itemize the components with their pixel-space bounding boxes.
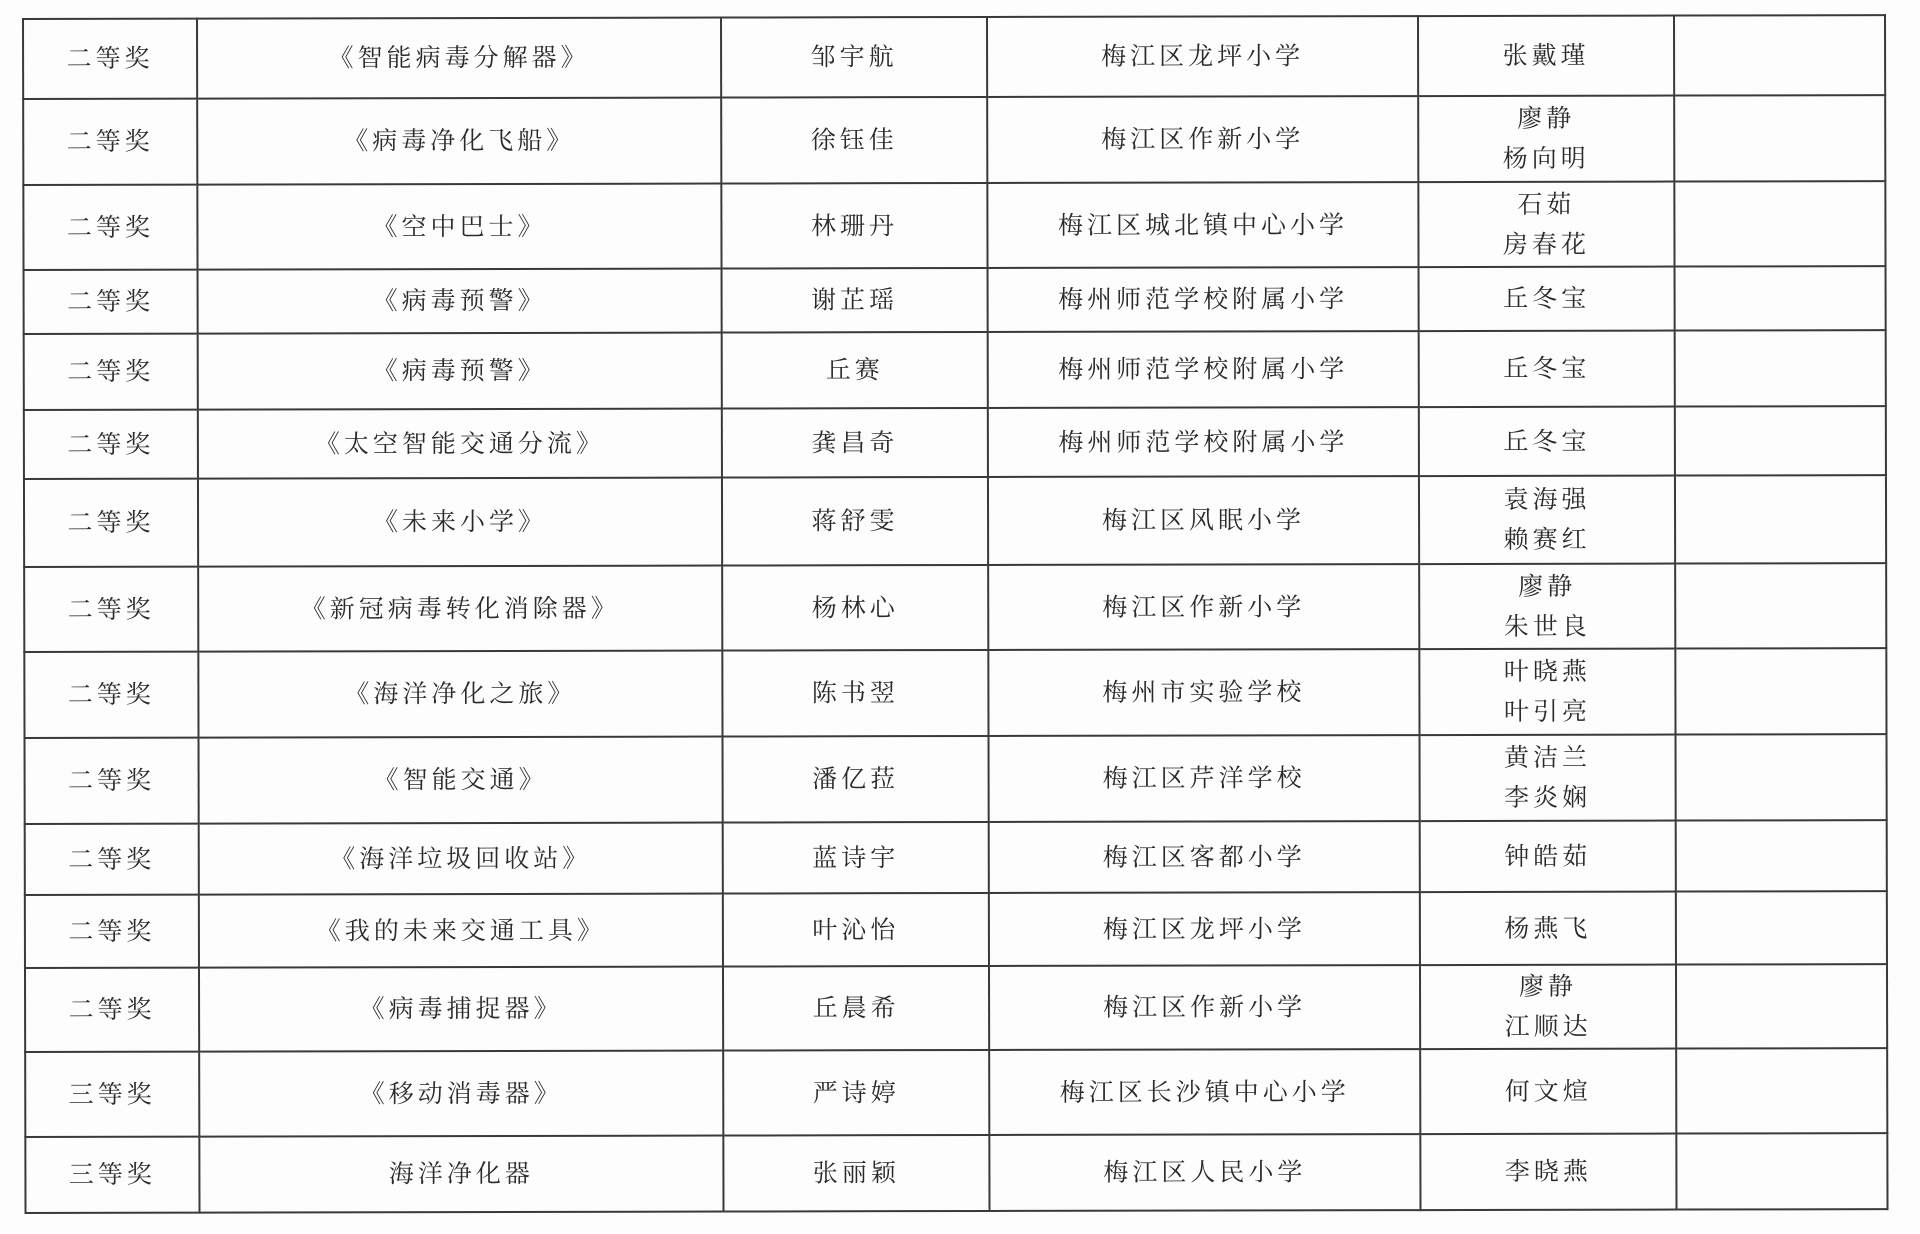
- school-name-cell: 梅江区龙坪小学: [989, 892, 1420, 966]
- table-row: 三等奖 海洋净化器 张丽颖 梅江区人民小学 李晓燕: [25, 1133, 1887, 1213]
- student-name-cell: 徐钰佳: [721, 97, 987, 184]
- table-body: 二等奖 《智能病毒分解器》 邹宇航 梅江区龙坪小学 张戴瑾 二等奖 《病毒净化飞…: [23, 15, 1887, 1213]
- remark-cell: [1675, 475, 1886, 563]
- teacher-name: 袁海强: [1420, 480, 1674, 521]
- work-title-cell: 《空中巴士》: [197, 184, 721, 270]
- student-name-cell: 张丽颖: [723, 1135, 989, 1212]
- document-page: 二等奖 《智能病毒分解器》 邹宇航 梅江区龙坪小学 张戴瑾 二等奖 《病毒净化飞…: [0, 0, 1920, 1234]
- school-name-cell: 梅江区人民小学: [989, 1134, 1420, 1211]
- award-level-cell: 二等奖: [25, 738, 199, 824]
- teacher-names-cell: 廖静朱世良: [1419, 564, 1675, 650]
- student-name-cell: 潘亿菈: [723, 736, 989, 823]
- award-level-cell: 二等奖: [24, 334, 198, 410]
- work-title-cell: 《病毒预警》: [198, 269, 722, 334]
- teacher-name: 江顺达: [1421, 1007, 1675, 1048]
- work-title-cell: 《病毒捕捉器》: [199, 967, 723, 1052]
- table-row: 二等奖 《新冠病毒转化消除器》 杨林心 梅江区作新小学 廖静朱世良: [24, 563, 1886, 652]
- award-level-cell: 二等奖: [23, 185, 197, 270]
- teacher-names-cell: 廖静江顺达: [1420, 965, 1676, 1050]
- student-name-cell: 陈书翌: [722, 650, 988, 737]
- school-name-cell: 梅江区风眠小学: [988, 476, 1419, 565]
- remark-cell: [1675, 563, 1886, 648]
- remark-cell: [1675, 406, 1886, 475]
- table-row: 二等奖 《海洋净化之旅》 陈书翌 梅州市实验学校 叶晓燕叶引亮: [24, 648, 1886, 738]
- school-name-cell: 梅州市实验学校: [988, 649, 1419, 736]
- remark-cell: [1674, 15, 1885, 95]
- work-title-cell: 《新冠病毒转化消除器》: [198, 566, 722, 652]
- table-row: 二等奖 《病毒净化飞船》 徐钰佳 梅江区作新小学 廖静杨向明: [23, 95, 1885, 185]
- teacher-names-cell: 丘冬宝: [1419, 267, 1675, 332]
- student-name-cell: 叶沁怡: [723, 893, 989, 967]
- table-row: 二等奖 《太空智能交通分流》 龚昌奇 梅州师范学校附属小学 丘冬宝: [24, 406, 1886, 479]
- remark-cell: [1675, 648, 1886, 734]
- school-name-cell: 梅江区城北镇中心小学: [987, 182, 1418, 268]
- work-title-cell: 海洋净化器: [199, 1136, 723, 1213]
- student-name-cell: 蒋舒雯: [722, 477, 988, 566]
- student-name-cell: 严诗婷: [723, 1050, 989, 1136]
- teacher-names-cell: 杨燕飞: [1420, 892, 1676, 966]
- remark-cell: [1674, 181, 1885, 266]
- work-title-cell: 《太空智能交通分流》: [198, 409, 722, 479]
- teacher-name: 廖静: [1420, 566, 1674, 607]
- school-name-cell: 梅江区作新小学: [987, 96, 1418, 183]
- school-name-cell: 梅江区龙坪小学: [987, 16, 1418, 97]
- student-name-cell: 邹宇航: [721, 17, 987, 98]
- teacher-names-cell: 丘冬宝: [1419, 331, 1675, 408]
- teacher-name: 张戴瑾: [1419, 36, 1673, 77]
- remark-cell: [1675, 266, 1886, 330]
- teacher-names-cell: 丘冬宝: [1419, 407, 1675, 477]
- student-name-cell: 丘赛: [722, 332, 988, 409]
- remark-cell: [1675, 330, 1886, 406]
- work-title-cell: 《未来小学》: [198, 478, 722, 567]
- teacher-name: 丘冬宝: [1420, 279, 1674, 320]
- table-row: 二等奖 《病毒预警》 谢芷瑶 梅州师范学校附属小学 丘冬宝: [24, 266, 1886, 334]
- teacher-name: 黄洁兰: [1421, 738, 1675, 779]
- teacher-names-cell: 叶晓燕叶引亮: [1419, 649, 1675, 736]
- teacher-name: 房春花: [1419, 224, 1673, 265]
- work-title-cell: 《我的未来交通工具》: [199, 894, 723, 968]
- table-row: 二等奖 《智能交通》 潘亿菈 梅江区芹洋学校 黄洁兰李炎娴: [25, 734, 1887, 824]
- award-level-cell: 二等奖: [23, 19, 197, 99]
- award-level-cell: 二等奖: [24, 652, 198, 738]
- student-name-cell: 林珊丹: [721, 183, 987, 269]
- teacher-name: 朱世良: [1420, 606, 1674, 647]
- teacher-name: 何文煊: [1421, 1071, 1675, 1112]
- school-name-cell: 梅江区长沙镇中心小学: [989, 1049, 1420, 1135]
- teacher-names-cell: 李晓燕: [1420, 1134, 1676, 1211]
- school-name-cell: 梅州师范学校附属小学: [988, 331, 1419, 408]
- teacher-name: 杨燕飞: [1421, 908, 1675, 949]
- teacher-names-cell: 黄洁兰李炎娴: [1420, 735, 1676, 822]
- school-name-cell: 梅江区作新小学: [988, 564, 1419, 650]
- work-title-cell: 《智能病毒分解器》: [197, 18, 721, 99]
- table-row: 二等奖 《海洋垃圾回收站》 蓝诗宇 梅江区客都小学 钟皓茹: [25, 820, 1887, 895]
- remark-cell: [1676, 1048, 1887, 1133]
- teacher-name: 杨向明: [1419, 139, 1673, 180]
- award-level-cell: 二等奖: [24, 479, 198, 567]
- school-name-cell: 梅州师范学校附属小学: [988, 407, 1419, 477]
- remark-cell: [1674, 95, 1885, 181]
- teacher-names-cell: 钟皓茹: [1420, 821, 1676, 893]
- award-level-cell: 二等奖: [24, 270, 198, 334]
- award-level-cell: 二等奖: [24, 567, 198, 652]
- teacher-names-cell: 袁海强赖赛红: [1419, 476, 1675, 565]
- table-row: 二等奖 《我的未来交通工具》 叶沁怡 梅江区龙坪小学 杨燕飞: [25, 891, 1887, 968]
- work-title-cell: 《病毒预警》: [198, 333, 722, 410]
- work-title-cell: 《智能交通》: [199, 737, 723, 824]
- teacher-name: 丘冬宝: [1420, 421, 1674, 462]
- teacher-name: 廖静: [1421, 967, 1675, 1008]
- student-name-cell: 丘晨希: [723, 966, 989, 1051]
- teacher-name: 李晓燕: [1421, 1152, 1675, 1193]
- school-name-cell: 梅江区作新小学: [989, 965, 1420, 1050]
- student-name-cell: 龚昌奇: [722, 408, 988, 478]
- remark-cell: [1676, 964, 1887, 1048]
- award-level-cell: 二等奖: [24, 410, 198, 479]
- award-level-cell: 二等奖: [25, 824, 199, 895]
- award-list-table: 二等奖 《智能病毒分解器》 邹宇航 梅江区龙坪小学 张戴瑾 二等奖 《病毒净化飞…: [22, 14, 1889, 1214]
- school-name-cell: 梅江区芹洋学校: [989, 735, 1420, 822]
- teacher-names-cell: 石茹房春花: [1418, 182, 1674, 268]
- table-row: 二等奖 《病毒捕捉器》 丘晨希 梅江区作新小学 廖静江顺达: [25, 964, 1887, 1052]
- remark-cell: [1676, 734, 1887, 820]
- table-row: 二等奖 《未来小学》 蒋舒雯 梅江区风眠小学 袁海强赖赛红: [24, 475, 1886, 567]
- award-level-cell: 三等奖: [25, 1052, 199, 1137]
- remark-cell: [1676, 820, 1887, 891]
- table-row: 三等奖 《移动消毒器》 严诗婷 梅江区长沙镇中心小学 何文煊: [25, 1048, 1887, 1137]
- work-title-cell: 《病毒净化飞船》: [197, 98, 721, 185]
- teacher-names-cell: 何文煊: [1420, 1049, 1676, 1135]
- student-name-cell: 谢芷瑶: [722, 268, 988, 333]
- work-title-cell: 《海洋垃圾回收站》: [199, 823, 723, 895]
- student-name-cell: 蓝诗宇: [723, 822, 989, 894]
- award-level-cell: 二等奖: [25, 968, 199, 1052]
- table-row: 二等奖 《智能病毒分解器》 邹宇航 梅江区龙坪小学 张戴瑾: [23, 15, 1885, 99]
- teacher-name: 叶引亮: [1420, 692, 1674, 733]
- teacher-name: 廖静: [1419, 99, 1673, 140]
- school-name-cell: 梅州师范学校附属小学: [988, 267, 1419, 332]
- award-level-cell: 二等奖: [25, 895, 199, 968]
- student-name-cell: 杨林心: [722, 565, 988, 651]
- table-row: 二等奖 《空中巴士》 林珊丹 梅江区城北镇中心小学 石茹房春花: [23, 181, 1885, 270]
- teacher-name: 钟皓茹: [1421, 836, 1675, 877]
- remark-cell: [1676, 1133, 1887, 1209]
- teacher-name: 石茹: [1419, 184, 1673, 225]
- teacher-names-cell: 张戴瑾: [1418, 16, 1674, 97]
- teacher-name: 丘冬宝: [1420, 349, 1674, 390]
- work-title-cell: 《移动消毒器》: [199, 1051, 723, 1137]
- remark-cell: [1676, 891, 1887, 964]
- teacher-name: 赖赛红: [1420, 520, 1674, 561]
- teacher-names-cell: 廖静杨向明: [1418, 96, 1674, 183]
- table-row: 二等奖 《病毒预警》 丘赛 梅州师范学校附属小学 丘冬宝: [24, 330, 1886, 410]
- teacher-name: 李炎娴: [1421, 778, 1675, 819]
- school-name-cell: 梅江区客都小学: [989, 821, 1420, 893]
- work-title-cell: 《海洋净化之旅》: [198, 651, 722, 738]
- award-level-cell: 二等奖: [23, 99, 197, 185]
- teacher-name: 叶晓燕: [1420, 652, 1674, 693]
- award-level-cell: 三等奖: [25, 1137, 199, 1213]
